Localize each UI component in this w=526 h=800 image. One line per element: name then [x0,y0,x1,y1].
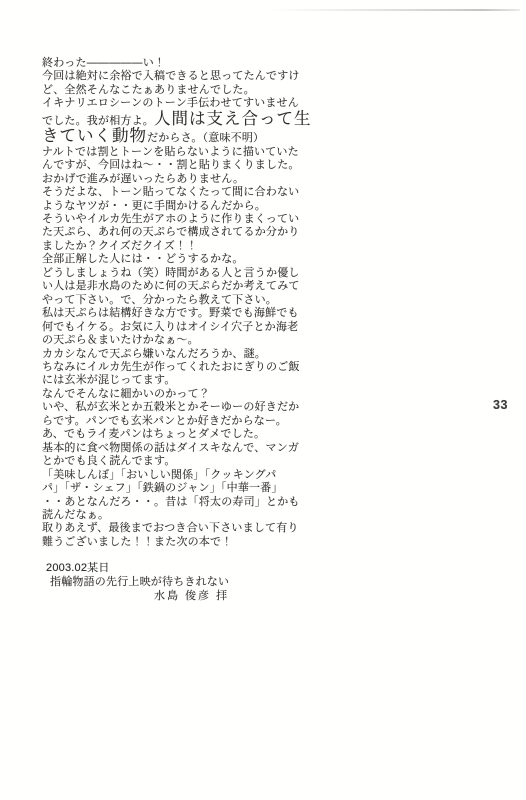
text-line: らです。パンでも玄米パンとか好きだからなー。 [42,415,342,428]
comment-line: 指輪物語の先行上映が待ちきれない [46,575,229,589]
text-segment: の天ぷら＆まいたけかなぁ～。 [42,334,199,346]
text-line: でした。我が相方よ。人間は支え合って生 [42,111,342,128]
text-line: 基本的に食べ物関係の話はダイスキなんで、マンガ [42,442,342,455]
text-segment: 何でもイケる。お気に入りはオイシイ穴子とか海老 [42,321,298,333]
text-line: どうしましょうね（笑）時間がある人と言うか優し [42,267,342,280]
text-segment: やって下さい。で、分かったら教えて下さい。 [42,294,277,306]
scan-edge-line [270,9,520,11]
text-segment: 読んだなぁ。 [42,509,109,521]
text-line: そういやイルカ先生がアホのように作りまくってい [42,213,342,226]
text-segment: ・・あとなんだろ・・。昔は「将太の寿司」とかも [42,496,300,508]
emphasized-text: 人間は支え合って生 [154,110,312,128]
text-line: あ、でもライ麦パンはちょっとダメでした。 [42,428,342,441]
text-segment: 取りあえず、最後までおつき合い下さいまして有り [42,522,299,534]
text-segment: とかでも良く読んでます。 [42,455,176,467]
text-segment: 今回は絶対に余裕で入稿できると思ってたんですけ [42,70,300,82]
text-line: 難うございました！！また次の本で！ [42,536,342,549]
text-segment: なんでそんなに細かいのかって？ [42,388,210,400]
text-line: パ」「ザ・シェフ」「鉄鍋のジャン」「中華一番」 [42,482,342,495]
text-segment: だからさ。（意味不明） [147,132,264,144]
page-number: 33 [493,398,508,412]
text-segment: ちなみにイルカ先生が作ってくれたおにぎりのご飯 [42,361,300,373]
text-segment: そうだよな、トーン貼ってなくたって間に合わない [42,186,299,198]
text-segment: い人は是非水島のために何の天ぷらだか考えてみて [42,280,300,292]
text-line: 全部正解した人には・・どうするかな。 [42,253,342,266]
text-segment: あ、でもライ麦パンはちょっとダメでした。 [42,428,265,440]
text-line: の天ぷら＆まいたけかなぁ～。 [42,334,342,347]
date-line: 2003.02某日 [46,561,229,575]
text-line: た天ぷら、あれ何の天ぷらで構成されてるか分かり [42,226,342,239]
text-line: きていく動物だからさ。（意味不明） [42,128,342,145]
text-line: おかげで進みが遅いったらありません。 [42,173,342,186]
scanned-page: 終わった―――――い！今回は絶対に余裕で入稿できると思ってたんですけど、全然そん… [0,0,526,800]
text-line: 何でもイケる。お気に入りはオイシイ穴子とか海老 [42,321,342,334]
text-segment: イキナリエロシーンのトーン手伝わせてすいません [42,97,299,109]
text-line: い人は是非水島のために何の天ぷらだか考えてみて [42,280,342,293]
text-line: 今回は絶対に余裕で入稿できると思ってたんですけ [42,70,342,83]
text-line: とかでも良く読んでます。 [42,455,342,468]
text-line: ど、全然そんなこたぁありませんでした。 [42,84,342,97]
text-segment: 基本的に食べ物関係の話はダイスキなんで、マンガ [42,442,299,454]
text-line: には玄米が混じってます。 [42,374,342,387]
text-segment: そういやイルカ先生がアホのように作りまくってい [42,213,299,225]
text-line: ナルトでは割とトーンを貼らないように描いていた [42,146,342,159]
text-line: 「美味しんぼ」「おいしい関係」「クッキングパ [42,469,342,482]
text-line: カカシなんで天ぷら嫌いなんだろうか、謎。 [42,348,342,361]
text-line: ちなみにイルカ先生が作ってくれたおにぎりのご飯 [42,361,342,374]
text-line: んですが、今回はね～・・割と貼りまくりました。 [42,159,342,172]
text-segment: らです。パンでも玄米パンとか好きだからなー。 [42,415,287,427]
closing-block: 2003.02某日 指輪物語の先行上映が待ちきれない 水島 俊彦 拝 [46,561,229,603]
text-line: いや、私が玄米とか五穀米とかそーゆーの好きだか [42,401,342,414]
text-segment: 私は天ぷらは結構好きな方です。野菜でも海鮮でも [42,307,299,319]
text-line: そうだよな、トーン貼ってなくたって間に合わない [42,186,342,199]
text-line: ・・あとなんだろ・・。昔は「将太の寿司」とかも [42,496,342,509]
text-line: イキナリエロシーンのトーン手伝わせてすいません [42,97,342,110]
afterword-text-block: 終わった―――――い！今回は絶対に余裕で入稿できると思ってたんですけど、全然そん… [42,57,342,549]
text-segment: でした。我が相方よ。 [42,115,154,127]
text-segment: た天ぷら、あれ何の天ぷらで構成されてるか分かり [42,226,300,238]
text-segment: んですが、今回はね～・・割と貼りまくりました。 [42,159,300,171]
text-line: 読んだなぁ。 [42,509,342,522]
text-segment: ど、全然そんなこたぁありませんでした。 [42,84,255,96]
text-segment: には玄米が混じってます。 [42,374,176,386]
text-segment: おかげで進みが遅いったらありません。 [42,173,244,185]
text-segment: ナルトでは割とトーンを貼らないように描いていた [42,146,299,158]
text-segment: どうしましょうね（笑）時間がある人と言うか優し [42,267,300,279]
text-line: 終わった―――――い！ [42,57,342,70]
text-line: なんでそんなに細かいのかって？ [42,388,342,401]
emphasized-text: きていく動物 [42,127,147,145]
text-segment: いや、私が玄米とか五穀米とかそーゆーの好きだか [42,401,299,413]
text-line: ようなヤツが・・更に手間かけるんだから。 [42,200,342,213]
text-segment: ましたか？クイズだクイズ！！ [42,240,197,252]
text-segment: カカシなんで天ぷら嫌いなんだろうか、謎。 [42,348,266,360]
text-line: 私は天ぷらは結構好きな方です。野菜でも海鮮でも [42,307,342,320]
text-segment: 「美味しんぼ」「おいしい関係」「クッキングパ [42,469,276,481]
text-segment: ようなヤツが・・更に手間かけるんだから。 [42,200,266,212]
text-segment: パ」「ザ・シェフ」「鉄鍋のジャン」「中華一番」 [42,482,283,494]
text-segment: 難うございました！！また次の本で！ [42,536,232,548]
text-segment: 終わった―――――い！ [42,57,165,69]
text-line: やって下さい。で、分かったら教えて下さい。 [42,294,342,307]
text-line: 取りあえず、最後までおつき合い下さいまして有り [42,522,342,535]
signature-line: 水島 俊彦 拝 [46,589,229,603]
text-segment: 全部正解した人には・・どうするかな。 [42,253,244,265]
text-line: ましたか？クイズだクイズ！！ [42,240,342,253]
